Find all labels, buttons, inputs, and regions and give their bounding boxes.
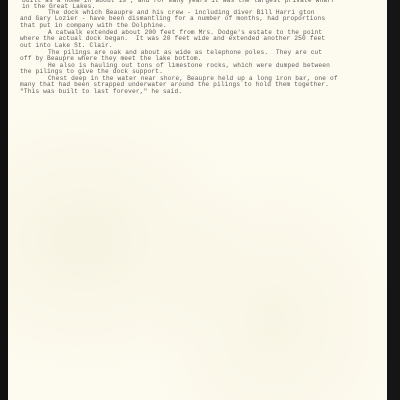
text-line: and Gary Lozier - have been dismantling … xyxy=(20,15,325,22)
text-line: out into Lake St. Clair. xyxy=(20,42,113,49)
text-line: the pilings to give the dock support. xyxy=(20,68,163,75)
typewritten-page: built as a home in about 19 , and for ma… xyxy=(8,0,387,400)
text-line: off by Beaupre where they meet the lake … xyxy=(20,55,202,62)
text-line: where the actual dock began. It was 20 f… xyxy=(20,35,325,42)
text-line: "This was built to last forever," he sai… xyxy=(20,88,182,95)
text-line: many that had been strapped underwater a… xyxy=(20,81,329,88)
scan-border-right xyxy=(387,0,400,400)
text-line: that put in company with the Dolphine. xyxy=(20,22,167,29)
